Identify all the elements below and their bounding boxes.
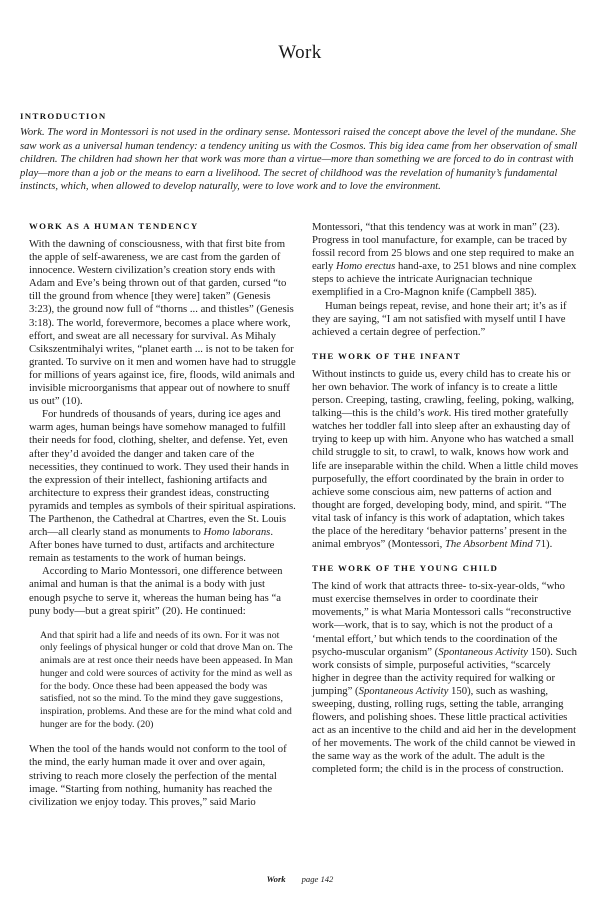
- block-quote: And that spirit had a life and needs of …: [40, 630, 293, 732]
- paragraph: When the tool of the hands would not con…: [29, 743, 297, 808]
- footer-page-number: page 142: [302, 874, 334, 884]
- paragraph: For hundreds of thousands of years, duri…: [29, 408, 297, 565]
- paragraph: The kind of work that attracts three- to…: [312, 580, 580, 776]
- introduction-text: Work. The word in Montessori is not used…: [20, 126, 580, 194]
- introduction-heading: INTRODUCTION: [20, 111, 580, 121]
- section-heading-work-of-the-infant: THE WORK OF THE INFANT: [312, 351, 580, 361]
- introduction-section: INTRODUCTION Work. The word in Montessor…: [20, 111, 580, 194]
- page-footer: Workpage 142: [0, 874, 600, 884]
- paragraph: With the dawning of consciousness, with …: [29, 238, 297, 408]
- left-column: WORK AS A HUMAN TENDENCY With the dawnin…: [29, 221, 297, 809]
- page-title: Work: [0, 42, 600, 64]
- footer-chapter-title: Work: [267, 874, 286, 884]
- paragraph: Human beings repeat, revise, and hone th…: [312, 300, 580, 339]
- section-heading-work-as-human-tendency: WORK AS A HUMAN TENDENCY: [29, 221, 297, 231]
- paragraph: Without instincts to guide us, every chi…: [312, 368, 580, 551]
- document-page: Work INTRODUCTION Work. The word in Mont…: [0, 0, 600, 900]
- paragraph: Montessori, “that this tendency was at w…: [312, 221, 580, 300]
- paragraph: According to Mario Montessori, one diffe…: [29, 565, 297, 617]
- two-column-layout: WORK AS A HUMAN TENDENCY With the dawnin…: [29, 221, 580, 809]
- section-heading-work-of-the-young-child: THE WORK OF THE YOUNG CHILD: [312, 563, 580, 573]
- right-column: Montessori, “that this tendency was at w…: [312, 221, 580, 809]
